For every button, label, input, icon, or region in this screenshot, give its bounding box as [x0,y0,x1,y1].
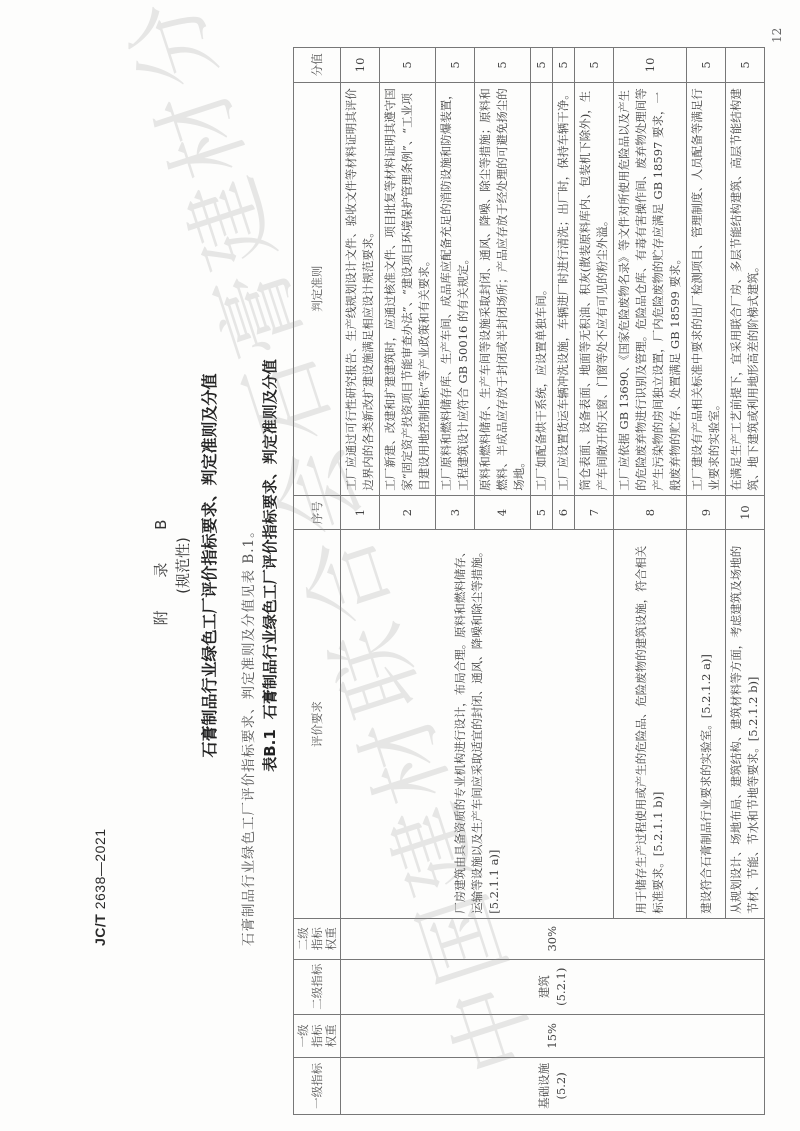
score-cell: 5 [380,48,436,83]
criterion-cell: 工厂建设有产品相关标准中要求的出厂检测项目、管理制度、人员配备等满足行业要求的实… [687,82,726,495]
header-criterion: 判定准则 [294,82,341,495]
primary-weight-cell: 15% [341,1014,765,1057]
header-requirement: 评价要求 [294,530,341,918]
score-cell: 10 [614,48,687,83]
appendix-normative-label: (规范性) [172,0,193,1131]
page-number: 12 [770,28,784,43]
criterion-cell: 原料和燃料储存、生产车间等设施采取封闭、通风、降噪、除尘等措施；原料和燃料、半成… [475,82,531,495]
criterion-cell: 工厂如配备烘干系统，应设置单独车间。 [531,82,553,495]
serial-no-cell: 9 [687,495,726,530]
criterion-cell: 筒仓表面、设备表面、地面等无积油、积灰(散装原料库内、包装机下除外)，生产车间敞… [575,82,614,495]
score-cell: 5 [575,48,614,83]
serial-no-cell: 8 [614,495,687,530]
header-primary-indicator: 一级指标 [294,1057,341,1114]
table-caption-number: 表B.1 [261,729,279,772]
serial-no-cell: 4 [475,495,531,530]
criterion-cell: 工厂应通过可行性研究报告、生产线规划设计文件、验收文件等材料证明其评价边界内的各… [341,82,380,495]
score-cell: 5 [553,48,575,83]
serial-no-cell: 7 [575,495,614,530]
criterion-cell: 在满足生产工艺前提下，宜采用联合厂房、多层节能结构建筑、高层节能结构建筑、地下建… [726,82,765,495]
requirement-cell: 建设符合石膏制品行业要求的实验室。[5.2.1.2 a)] [687,530,726,918]
table-caption-title: 石膏制品行业绿色工厂评价指标要求、判定准则及分值 [261,359,279,719]
secondary-weight-cell: 30% [341,918,765,959]
criterion-cell: 工厂原料和燃料储存库、生产车间、成品库应配备充足的消防设施和防爆装置，工程建筑设… [436,82,475,495]
score-cell: 5 [475,48,531,83]
criterion-cell: 工厂新建、改建和扩建建筑时，应通过核准文件、项目批复等材料证明其遵守国家“固定资… [380,82,436,495]
serial-no-cell: 5 [531,495,553,530]
table-header-row: 一级指标 一级指标权重 二级指标 二级指标权重 评价要求 序号 判定准则 分值 [294,48,341,1115]
header-serial-no: 序号 [294,495,341,530]
score-cell: 5 [436,48,475,83]
appendix-heading: 石膏制品行业绿色工厂评价指标要求、判定准则及分值 [197,0,220,1131]
requirement-cell: 从规划设计、场地布局、建筑结构、建筑材料等方面，考虑建筑及场地的节材、节能、节水… [726,530,765,918]
criterion-cell: 工厂应设置货运车辆冲洗设施，车辆进厂时进行清洗；出厂时，保持车辆干净。 [553,82,575,495]
header-primary-weight: 一级指标权重 [294,1014,341,1057]
score-cell: 5 [726,48,765,83]
table-caption: 表B.1石膏制品行业绿色工厂评价指标要求、判定准则及分值 [259,0,280,1131]
primary-indicator-cell: 基础设施(5.2) [341,1057,765,1114]
table-row: 基础设施(5.2)15%建筑(5.2.1)30%厂房建筑由具备资质的专业机构进行… [341,48,380,1115]
serial-no-cell: 10 [726,495,765,530]
header-secondary-weight: 二级指标权重 [294,918,341,959]
standard-code-number: 2638—2021 [92,828,108,909]
serial-no-cell: 2 [380,495,436,530]
document-page: JC/T 2638—2021 附 录 B (规范性) 石膏制品行业绿色工厂评价指… [0,0,800,1131]
header-score: 分值 [294,48,341,83]
score-cell: 5 [531,48,553,83]
secondary-indicator-cell: 建筑(5.2.1) [341,959,765,1014]
serial-no-cell: 6 [553,495,575,530]
requirement-cell: 用于储存生产过程使用或产生的危险品、危险废物的建筑设施，符合相关标准要求。[5.… [614,530,687,918]
standard-code: JC/T 2638—2021 [92,828,108,946]
score-cell: 10 [341,48,380,83]
requirement-cell: 厂房建筑由具备资质的专业机构进行设计，布局合理。原料和燃料储存、运输等设施以及生… [341,530,614,918]
standard-code-prefix: JC/T [92,914,108,946]
intro-paragraph: 石膏制品行业绿色工厂评价指标要求、判定准则及分值见表 B.1。 [237,523,257,946]
header-secondary-indicator: 二级指标 [294,959,341,1014]
score-cell: 5 [687,48,726,83]
serial-no-cell: 3 [436,495,475,530]
serial-no-cell: 1 [341,495,380,530]
criterion-cell: 工厂应依据 GB 13690、《国家危险废物名录》等文件对所使用危险品以及产生的… [614,82,687,495]
criteria-table: 一级指标 一级指标权重 二级指标 二级指标权重 评价要求 序号 判定准则 分值 … [293,47,765,1115]
appendix-title: 附 录 B [150,0,171,1131]
